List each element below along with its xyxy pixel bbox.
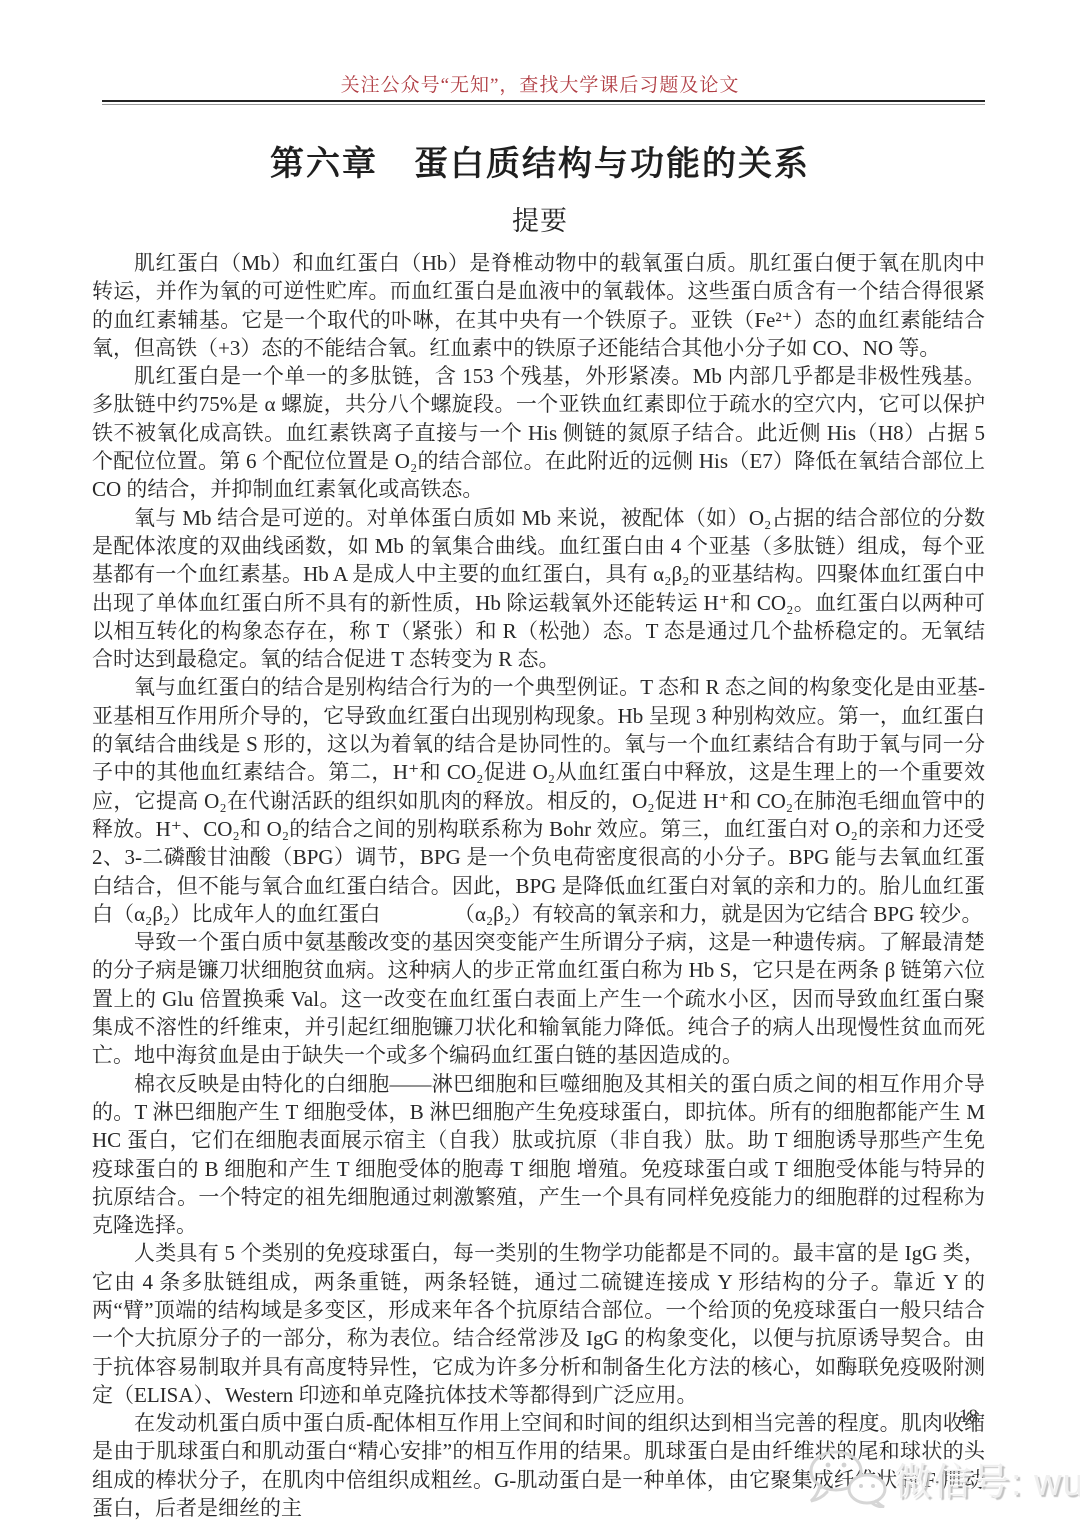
wechat-icon [806,1448,888,1508]
chapter-title: 第六章 蛋白质结构与功能的关系 [0,136,1080,185]
paragraph: 肌红蛋白（Mb）和血红蛋白（Hb）是脊椎动物中的载氧蛋白质。肌红蛋白便于氧在肌肉… [92,249,985,362]
section-title: 提要 [0,199,1080,238]
document-page: 关注公众号“无知”，查找大学课后习题及论文 第六章 蛋白质结构与功能的关系 提要… [0,0,1080,1527]
paragraph: 肌红蛋白是一个单一的多肽链，含 153 个残基，外形紧凑。Mb 内部几乎都是非极… [92,362,985,503]
paragraph: 人类具有 5 个类别的免疫球蛋白，每一类别的生物学功能都是不同的。最丰富的是 I… [92,1239,985,1409]
paragraph: 氧与 Mb 结合是可逆的。对单体蛋白质如 Mb 来说，被配体（如）O₂占据的结合… [92,504,985,674]
body-text: 肌红蛋白（Mb）和血红蛋白（Hb）是脊椎动物中的载氧蛋白质。肌红蛋白便于氧在肌肉… [92,249,985,1522]
watermark: 微信号: wu7zhi [806,1448,1080,1508]
page-number: 18 [959,1406,978,1428]
paragraph: 导致一个蛋白质中氨基酸改变的基因突变能产生所谓分子病，这是一种遗传病。了解最清楚… [92,928,985,1069]
header-rule [102,100,985,105]
paragraph: 棉衣反映是由特化的白细胞——淋巴细胞和巨噬细胞及其相关的蛋白质之间的相互作用介导… [92,1070,985,1240]
header-notice: 关注公众号“无知”，查找大学课后习题及论文 [0,70,1080,97]
watermark-text: 微信号: wu7zhi [894,1451,1080,1506]
paragraph: 氧与血红蛋白的结合是别构结合行为的一个典型例证。T 态和 R 态之间的构象变化是… [92,673,985,928]
